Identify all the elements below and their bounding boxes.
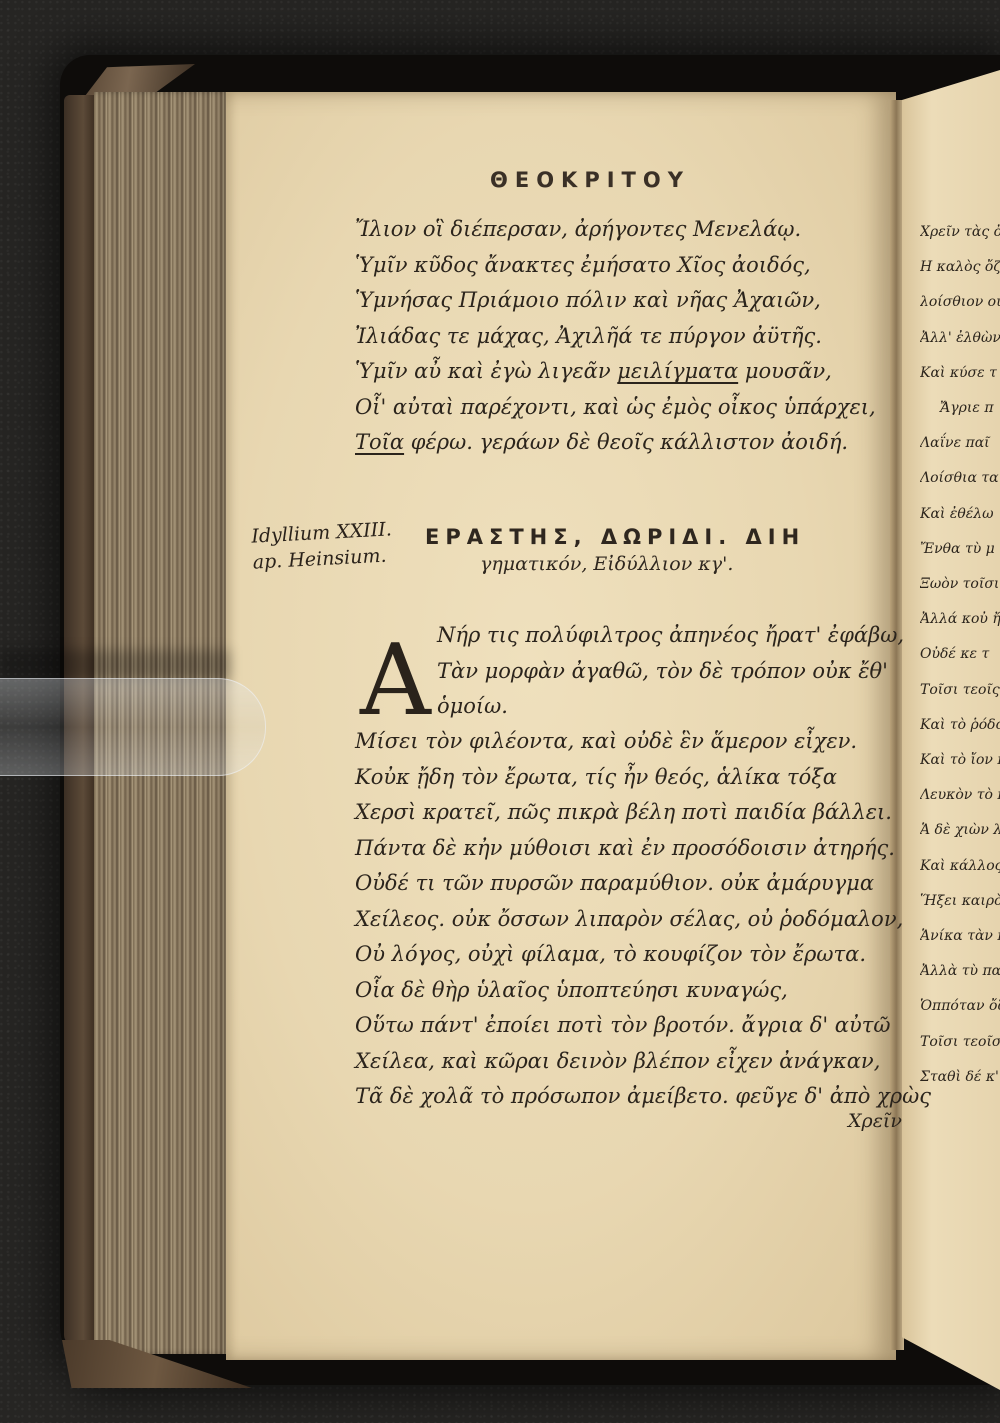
verse-line: Οἷα δὲ θὴρ ὑλαῖος ὑποπτεύησι κυναγώς, — [355, 973, 931, 1009]
clip-shadow — [0, 650, 230, 680]
verse-line: Ὑμῖν αὖ καὶ ἐγὼ λιγεᾶν μειλίγματα μουσᾶν… — [355, 354, 876, 390]
facing-line: Τοῖσι τεοῖς — [920, 673, 1000, 708]
verse-line: Τᾶ δὲ χολᾶ τὸ πρόσωπον ἀμείβετο. φεῦγε δ… — [355, 1079, 931, 1115]
facing-line: Ἀλλ' ἐλθὼν — [920, 321, 1000, 356]
facing-line: Λοίσθια τα — [920, 461, 1000, 496]
facing-line: Τοῖσι τεοῖσιν — [920, 1025, 1000, 1060]
idyll-23-title: ΕΡΑΣΤΗΣ, ΔΩΡΙΔΙ. ΔΙΗ γηματικόν, Εἰδύλλιο… — [425, 525, 805, 575]
facing-line: Ὁππόταν ὄζε — [920, 989, 1000, 1024]
verse-line: Τοῖα φέρω. γεράων δὲ θεοῖς κάλλιστον ἀοι… — [355, 425, 876, 461]
facing-line: Χρεῖν τὰς ὀρ — [920, 215, 1000, 250]
underlined-word: Τοῖα — [355, 430, 404, 454]
facing-line: Σταθὶ δέ κ' βρ — [920, 1060, 1000, 1095]
idyll-title-line: γηματικόν, Εἰδύλλιον κγ'. — [480, 553, 805, 575]
verse-line: ὁμοίω. — [437, 689, 904, 725]
facing-line: Καὶ κάλλος — [920, 849, 1000, 884]
verse-line: Οὐδέ τι τῶν πυρσῶν παραμύθιον. οὐκ ἀμάρυ… — [355, 866, 931, 902]
verse-line: Μίσει τὸν φιλέοντα, καὶ οὐδὲ ἓν ἅμερον ε… — [355, 724, 931, 760]
facing-line: Οὐδέ κε τ — [920, 637, 1000, 672]
verse-line: Νήρ τις πολύφιλτρος ἀπηνέος ἤρατ' ἐφάβω, — [437, 618, 904, 654]
glass-page-clip — [0, 678, 266, 776]
verse-line: Οὕτω πάντ' ἐποίει ποτὶ τὸν βροτόν. ἄγρια… — [355, 1008, 931, 1044]
facing-line: Ἀλλά κοὐ ἤ — [920, 602, 1000, 637]
verse-line: Χείλεα, καὶ κῶραι δεινὸν βλέπον εἶχεν ἀν… — [355, 1044, 931, 1080]
facing-line: Καὶ τὸ ἴον καλ — [920, 743, 1000, 778]
facing-line: Καὶ τὸ ῥόδον κ — [920, 708, 1000, 743]
facing-line: λοίσθιον οὐκ — [920, 285, 1000, 320]
facing-line: Η καλὸς ὄζος — [920, 250, 1000, 285]
idyll-22-closing: Ἴλιον οἳ διέπερσαν, ἀρήγοντες Μενελάῳ. Ὑ… — [355, 212, 876, 461]
facing-line: Καὶ κύσε τ — [920, 356, 1000, 391]
facing-line: Ἄγριε π — [920, 391, 1000, 426]
running-head: ΘΕΟΚΡΙΤΟΥ — [490, 168, 740, 192]
verse-line: Τὰν μορφὰν ἀγαθῶ, τὸν δὲ τρόπον οὐκ ἔθ' — [437, 654, 904, 690]
verse-line: Χερσὶ κρατεῖ, πῶς πικρὰ βέλη ποτὶ παιδία… — [355, 795, 931, 831]
manuscript-marginal-note: Idyllium XXIII. ap. Heinsium. — [251, 516, 394, 575]
facing-line: Ἁ δὲ χιὼν λε — [920, 813, 1000, 848]
verse-line: Οἷ' αὐταὶ παρέχοντι, καὶ ὡς ἐμὸς οἶκος ὑ… — [355, 390, 876, 426]
verse-line: Ὑμῖν κῦδος ἄνακτες ἐμήσατο Χῖος ἀοιδός, — [355, 248, 876, 284]
facing-line: Ἁνίκα τὰν κρ — [920, 919, 1000, 954]
facing-line: Ἔνθα τὺ μ — [920, 532, 1000, 567]
facing-line: Λαΐνε παῖ — [920, 426, 1000, 461]
idyll-23-body: Μίσει τὸν φιλέοντα, καὶ οὐδὲ ἓν ἅμερον ε… — [355, 724, 931, 1115]
verse-line: Ἴλιον οἳ διέπερσαν, ἀρήγοντες Μενελάῳ. — [355, 212, 876, 248]
idyll-23-indented-lines: Νήρ τις πολύφιλτρος ἀπηνέος ἤρατ' ἐφάβω,… — [437, 618, 904, 725]
verse-line: Ἰλιάδας τε μάχας, Ἀχιλῆά τε πύργον ἀϋτῆς… — [355, 319, 876, 355]
facing-line: Ἥξει καιρὸς — [920, 884, 1000, 919]
verse-line: Χείλεος. οὐκ ὄσσων λιπαρὸν σέλας, οὐ ῥοδ… — [355, 902, 931, 938]
facing-line: Λευκὸν τὸ κεῖ — [920, 778, 1000, 813]
verse-line: Κοὐκ ᾔδη τὸν ἔρωτα, τίς ἦν θεός, ἁλίκα τ… — [355, 760, 931, 796]
facing-page-text: Χρεῖν τὰς ὀρ Η καλὸς ὄζος λοίσθιον οὐκ Ἀ… — [920, 215, 1000, 1095]
facing-line: Καὶ ἐθέλω — [920, 497, 1000, 532]
drop-cap: Α — [360, 632, 431, 730]
verse-line: Οὐ λόγος, οὐχὶ φίλαμα, τὸ κουφίζον τὸν ἔ… — [355, 937, 931, 973]
verse-line: Πάντα δὲ κἠν μύθοισι καὶ ἐν προσόδοισιν … — [355, 831, 931, 867]
facing-line: Ξωὸν τοῖσι — [920, 567, 1000, 602]
verse-line: Ὑμνήσας Πριάμοιο πόλιν καὶ νῆας Ἀχαιῶν, — [355, 283, 876, 319]
facing-line: Ἀλλὰ τὺ πα — [920, 954, 1000, 989]
underlined-word: μειλίγματα — [617, 359, 738, 383]
idyll-title-line: ΕΡΑΣΤΗΣ, ΔΩΡΙΔΙ. ΔΙΗ — [425, 525, 805, 549]
catchword: Χρεῖν — [848, 1110, 902, 1132]
